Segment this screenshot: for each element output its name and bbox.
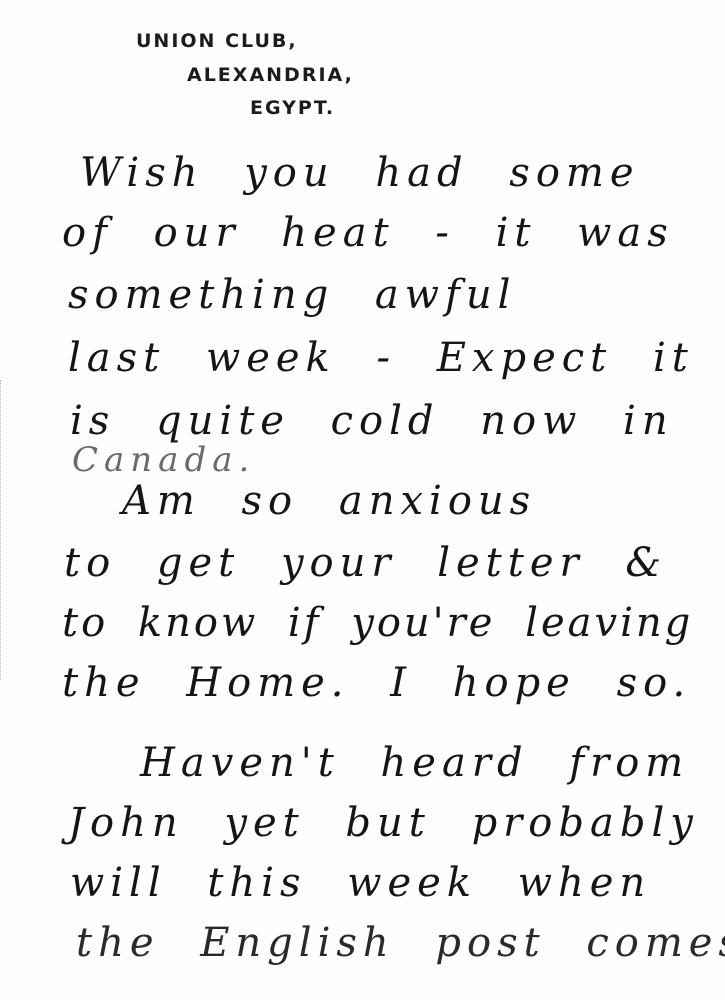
handwritten-line: Am so anxious [122, 478, 536, 524]
handwritten-line: the English post comes. [76, 920, 725, 966]
letterhead-club-name: UNION CLUB, [136, 30, 298, 52]
handwritten-line: to know if you're leaving [62, 600, 693, 646]
handwritten-line: the Home. I hope so. [62, 660, 691, 706]
handwritten-line: Wish you had some [80, 150, 640, 196]
handwritten-line: something awful [68, 272, 516, 318]
handwritten-line: to get your letter & [64, 540, 667, 586]
handwritten-line: will this week when [70, 860, 651, 906]
handwritten-line: is quite cold now in [70, 398, 674, 444]
handwritten-line: of our heat - it was [62, 210, 674, 256]
handwritten-line-pencil: Canada. [72, 440, 255, 480]
handwritten-line: John yet but probably [68, 800, 699, 846]
margin-dots [0, 380, 7, 680]
letterhead-country: EGYPT. [250, 97, 335, 119]
letterhead-city: ALEXANDRIA, [187, 64, 354, 86]
letter-page: UNION CLUB, ALEXANDRIA, EGYPT. Wish you … [0, 0, 725, 1000]
handwritten-line: last week - Expect it [68, 335, 694, 381]
handwritten-line: Haven't heard from [140, 740, 689, 786]
